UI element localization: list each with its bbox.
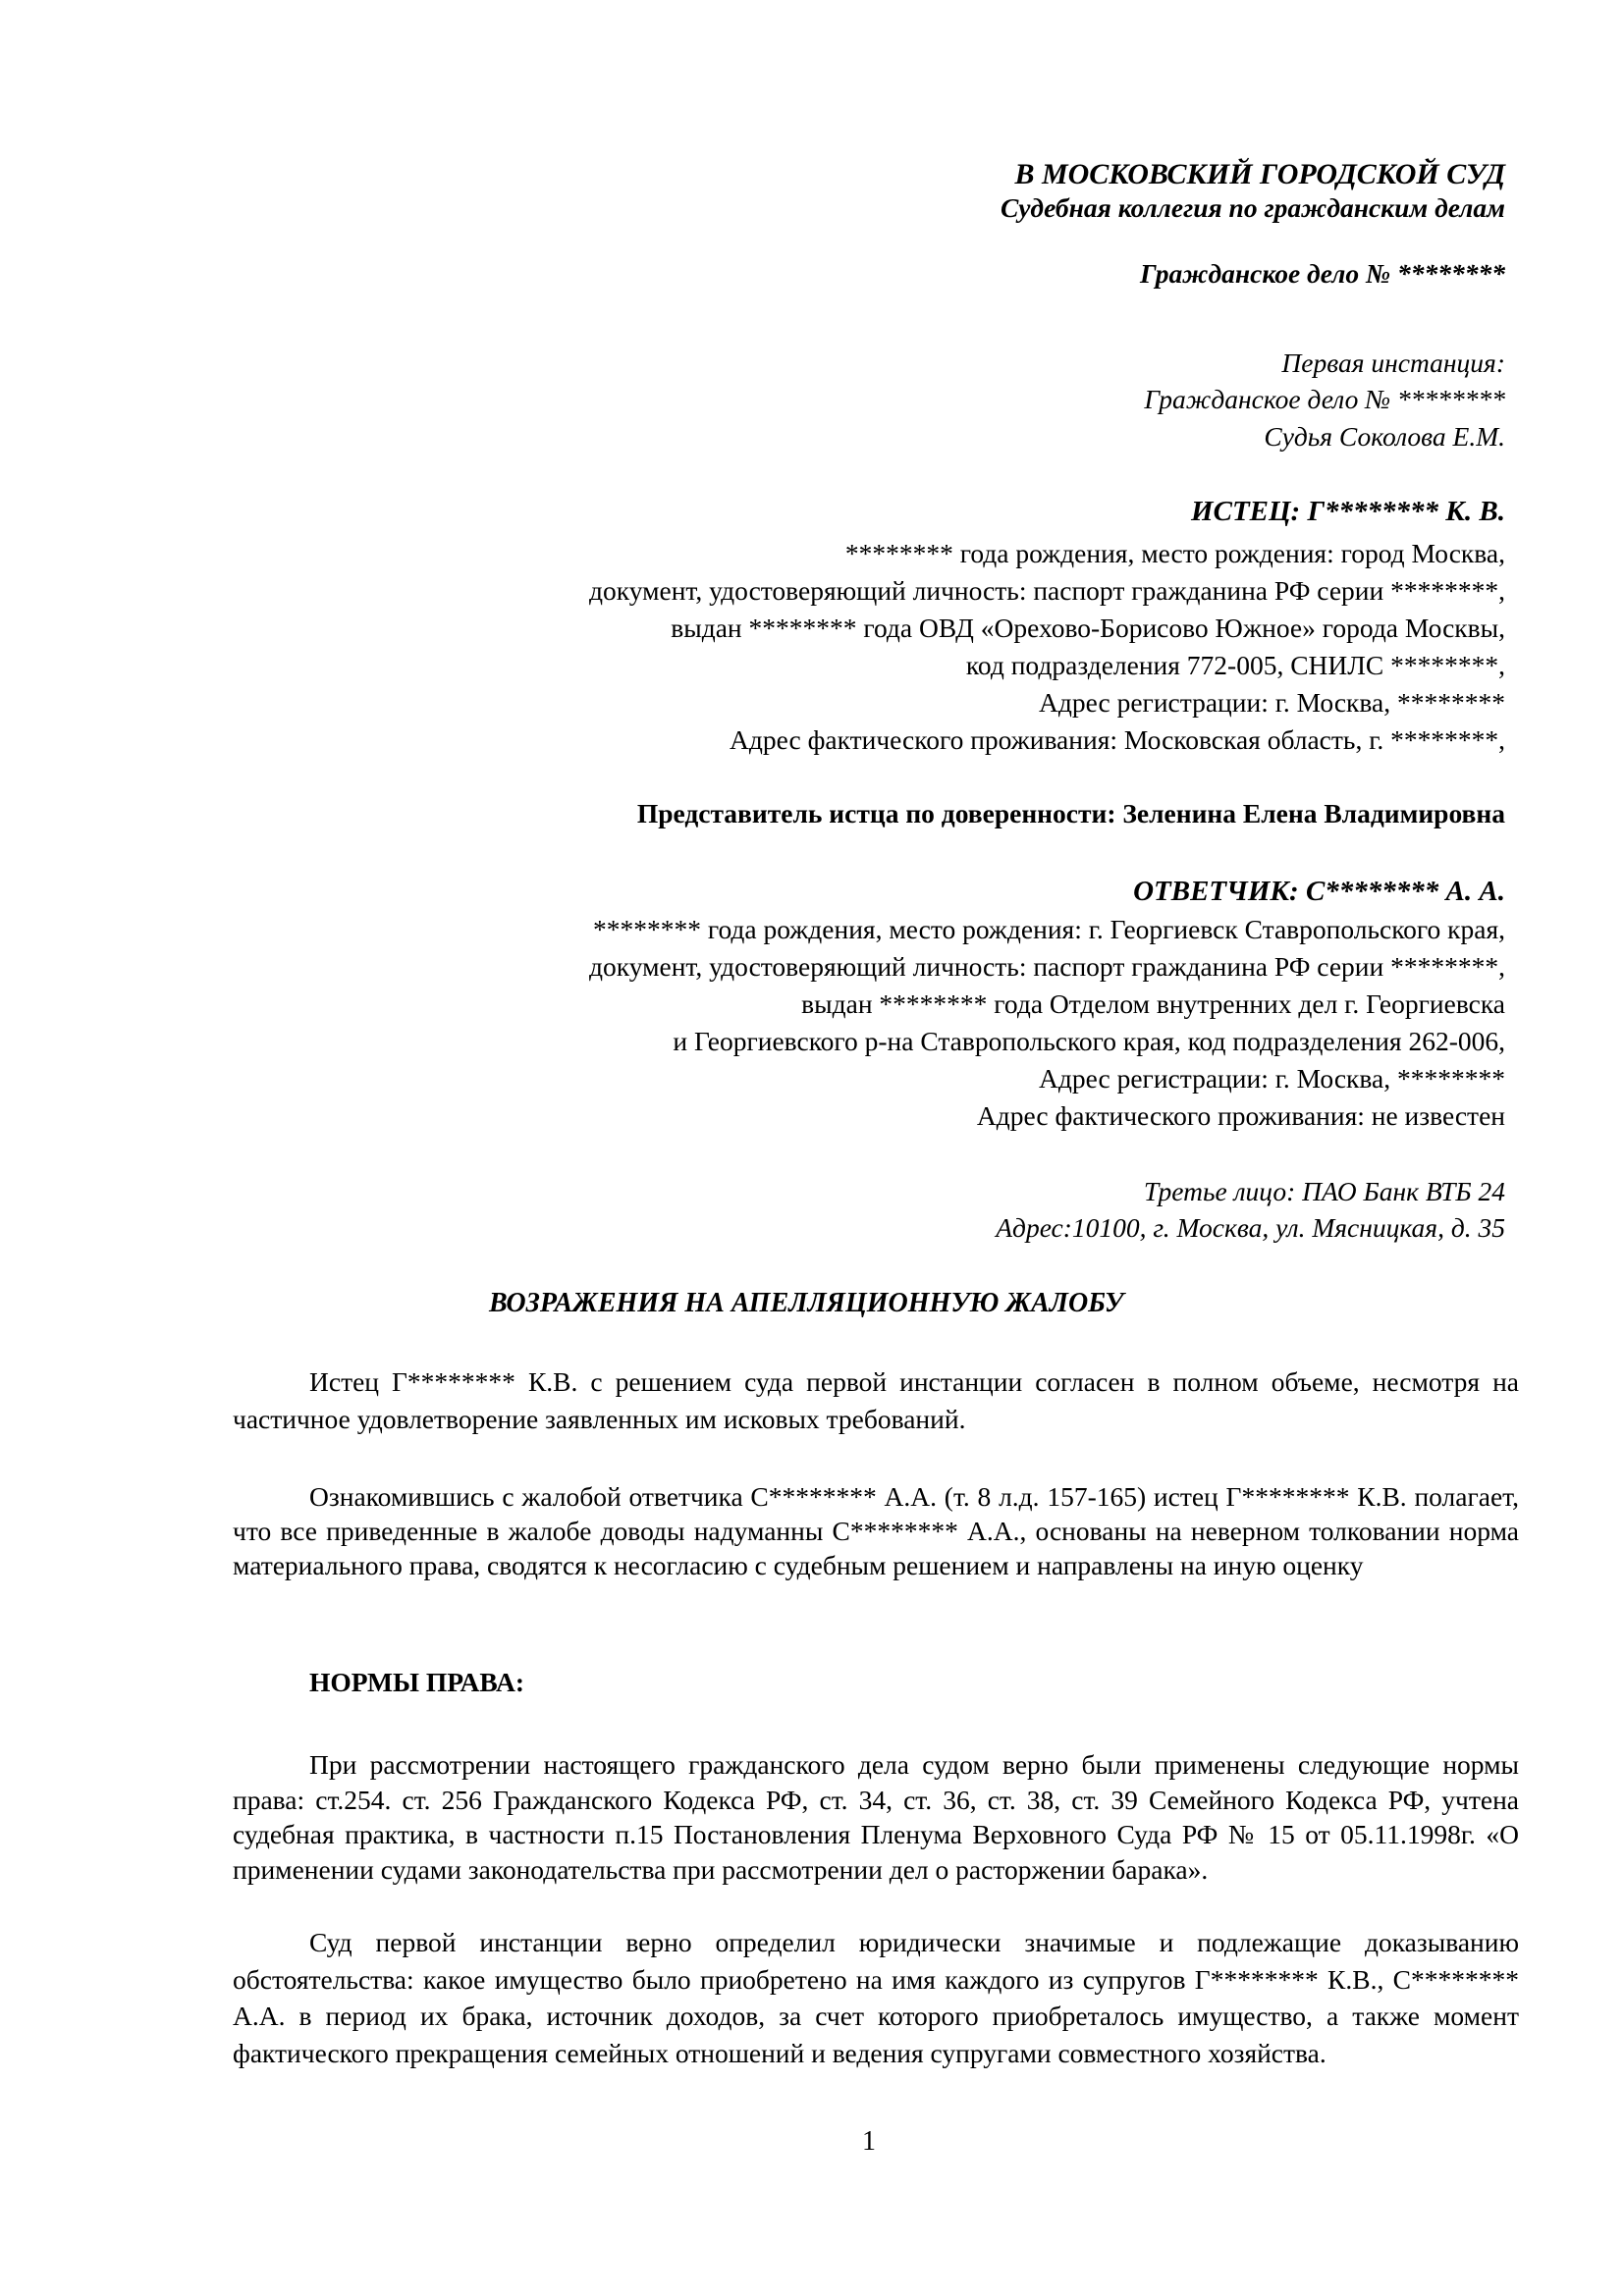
paragraph-1: Истец Г******** К.В. с решением суда пер… — [233, 1363, 1519, 1438]
plaintiff-line: ******** года рождения, место рождения: … — [845, 540, 1505, 567]
defendant-line: выдан ******** года Отделом внутренних д… — [801, 990, 1505, 1018]
court-name: В МОСКОВСКИЙ ГОРОДСКОЙ СУД — [1014, 160, 1505, 189]
third-party-address: Адрес:10100, г. Москва, ул. Мясницкая, д… — [996, 1214, 1505, 1242]
first-instance-judge: Судья Соколова Е.М. — [1264, 423, 1505, 451]
defendant-line: Адрес регистрации: г. Москва, ******** — [1039, 1065, 1505, 1093]
case-number: Гражданское дело № ******** — [1140, 260, 1505, 288]
document-title: ВОЗРАЖЕНИЯ НА АПЕЛЛЯЦИОННУЮ ЖАЛОБУ — [489, 1290, 1123, 1317]
paragraph-text: При рассмотрении настоящего гражданского… — [233, 1747, 1519, 1887]
plaintiff-title: ИСТЕЦ: Г******** К. В. — [1191, 498, 1505, 526]
defendant-line: и Георгиевского р-на Ставропольского кра… — [673, 1028, 1505, 1055]
page-number: 1 — [862, 2128, 876, 2156]
paragraph-3: При рассмотрении настоящего гражданского… — [233, 1747, 1519, 1887]
representative: Представитель истца по доверенности: Зел… — [637, 800, 1505, 828]
plaintiff-line: выдан ******** года ОВД «Орехово-Борисов… — [671, 614, 1505, 642]
paragraph-2: Ознакомившись с жалобой ответчика С*****… — [233, 1479, 1519, 1582]
plaintiff-line: код подразделения 772-005, СНИЛС *******… — [966, 652, 1505, 679]
plaintiff-line: Адрес регистрации: г. Москва, ******** — [1039, 689, 1505, 717]
first-instance-case: Гражданское дело № ******** — [1144, 386, 1505, 413]
defendant-line: Адрес фактического проживания: не извест… — [977, 1102, 1505, 1130]
defendant-line: документ, удостоверяющий личность: паспо… — [589, 953, 1505, 981]
paragraph-4: Суд первой инстанции верно определил юри… — [233, 1924, 1519, 2071]
third-party-name: Третье лицо: ПАО Банк ВТБ 24 — [1144, 1178, 1505, 1205]
defendant-title: ОТВЕТЧИК: С******** А. А. — [1133, 878, 1505, 906]
paragraph-text: Истец Г******** К.В. с решением суда пер… — [233, 1363, 1519, 1438]
paragraph-text: Суд первой инстанции верно определил юри… — [233, 1924, 1519, 2071]
defendant-line: ******** года рождения, место рождения: … — [593, 916, 1505, 943]
court-division: Судебная коллегия по гражданским делам — [1001, 194, 1505, 222]
section-heading: НОРМЫ ПРАВА: — [309, 1669, 524, 1696]
paragraph-text: Ознакомившись с жалобой ответчика С*****… — [233, 1479, 1519, 1582]
first-instance-label: Первая инстанция: — [1281, 349, 1505, 377]
plaintiff-line: Адрес фактического проживания: Московска… — [730, 726, 1505, 754]
plaintiff-line: документ, удостоверяющий личность: паспо… — [589, 577, 1505, 605]
document-page: В МОСКОВСКИЙ ГОРОДСКОЙ СУД Судебная колл… — [0, 0, 1624, 2296]
